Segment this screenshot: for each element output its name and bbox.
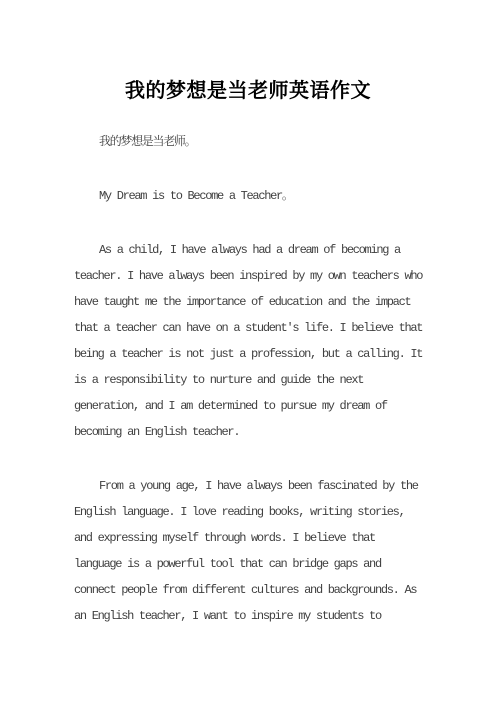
document-page: 我的梦想是当老师英语作文 我的梦想是当老师。My Dream is to Bec… <box>0 0 496 702</box>
paragraph: My Dream is to Become a Teacher。 <box>74 183 434 209</box>
text-line: teacher. I have always been inspired by … <box>74 263 434 289</box>
text-line: 我的梦想是当老师。 <box>74 129 434 155</box>
text-line: have taught me the importance of educati… <box>74 289 434 315</box>
text-line: language is a powerful tool that can bri… <box>74 551 434 577</box>
text-line: becoming an English teacher. <box>74 419 434 445</box>
text-line: English language. I love reading books, … <box>74 499 434 525</box>
text-line: As a child, I have always had a dream of… <box>74 237 434 263</box>
paragraph: 我的梦想是当老师。 <box>74 129 434 155</box>
document-title: 我的梦想是当老师英语作文 <box>0 0 496 106</box>
text-line: being a teacher is not just a profession… <box>74 341 434 367</box>
text-line: is a responsibility to nurture and guide… <box>74 367 434 393</box>
text-line: generation, and I am determined to pursu… <box>74 393 434 419</box>
text-line: From a young age, I have always been fas… <box>74 473 434 499</box>
text-line: My Dream is to Become a Teacher。 <box>74 183 434 209</box>
text-line: an English teacher, I want to inspire my… <box>74 603 434 629</box>
text-line: connect people from different cultures a… <box>74 577 434 603</box>
paragraph: From a young age, I have always been fas… <box>74 473 434 629</box>
text-line: that a teacher can have on a student's l… <box>74 315 434 341</box>
text-line: and expressing myself through words. I b… <box>74 525 434 551</box>
paragraph: As a child, I have always had a dream of… <box>74 237 434 445</box>
document-body: 我的梦想是当老师。My Dream is to Become a Teacher… <box>74 129 434 629</box>
